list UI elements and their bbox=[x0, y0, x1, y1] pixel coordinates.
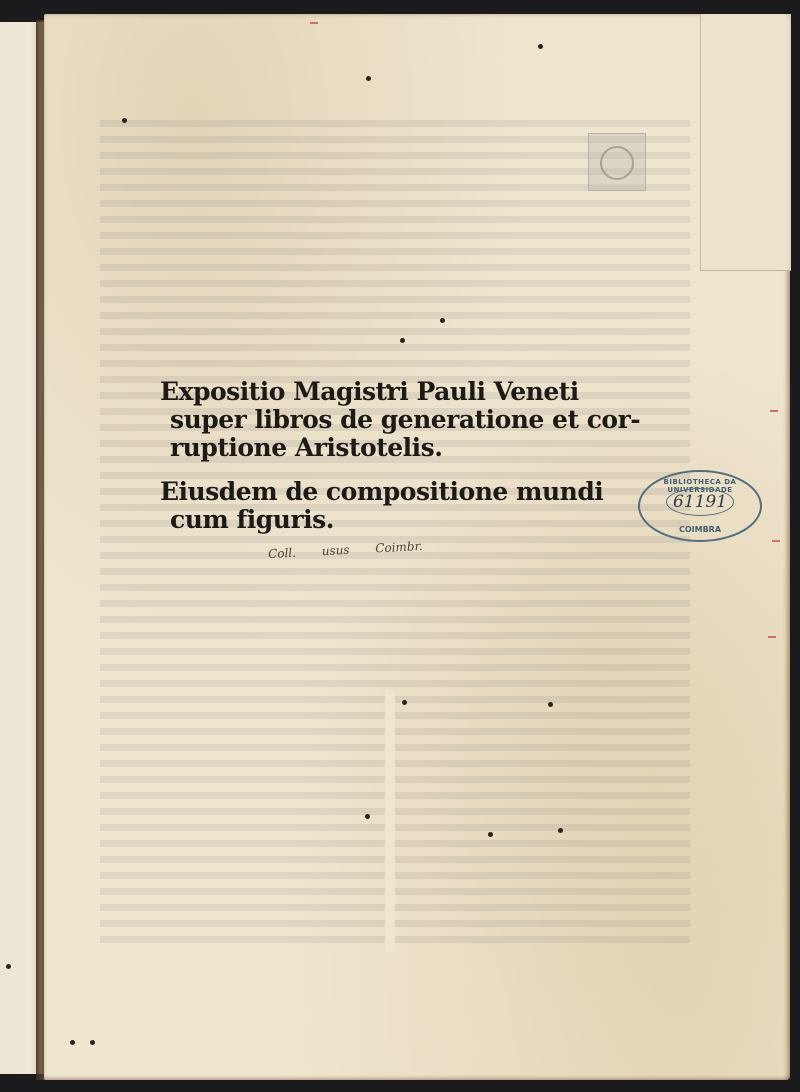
bleed-through-column-gutter bbox=[385, 690, 395, 952]
wormhole-mark bbox=[548, 702, 553, 707]
wormhole-mark bbox=[488, 832, 493, 837]
subtitle-line: Eiusdem de compositione mundi bbox=[160, 478, 580, 506]
title-line: ruptione Aristotelis. bbox=[160, 434, 580, 462]
title-line: super libros de generatione et cor- bbox=[160, 406, 580, 434]
stamp-bottom-text: COIMBRA bbox=[640, 525, 760, 534]
red-ink-mark bbox=[770, 410, 778, 412]
wormhole-mark bbox=[90, 1040, 95, 1045]
subtitle-line: cum figuris. bbox=[160, 506, 580, 534]
wormhole-mark bbox=[402, 700, 407, 705]
wormhole-mark bbox=[6, 964, 11, 969]
stamp-number: 61191 bbox=[666, 488, 734, 516]
wormhole-mark bbox=[70, 1040, 75, 1045]
wormhole-mark bbox=[122, 118, 127, 123]
title-block: Expositio Magistri Pauli Veneti super li… bbox=[160, 378, 580, 534]
wormhole-mark bbox=[400, 338, 405, 343]
paper-repair-patch bbox=[700, 14, 791, 271]
wormhole-mark bbox=[365, 814, 370, 819]
bleed-through-initial-icon bbox=[588, 133, 646, 191]
red-ink-mark bbox=[772, 540, 780, 542]
red-ink-mark bbox=[768, 636, 776, 638]
red-ink-mark bbox=[310, 22, 318, 24]
wormhole-mark bbox=[558, 828, 563, 833]
wormhole-mark bbox=[386, 384, 391, 389]
wormhole-mark bbox=[440, 318, 445, 323]
wormhole-mark bbox=[538, 44, 543, 49]
title-line: Expositio Magistri Pauli Veneti bbox=[160, 378, 580, 406]
wormhole-mark bbox=[366, 76, 371, 81]
library-stamp: BIBLIOTHECA DA UNIVERSIDADE 61191 COIMBR… bbox=[638, 470, 762, 542]
